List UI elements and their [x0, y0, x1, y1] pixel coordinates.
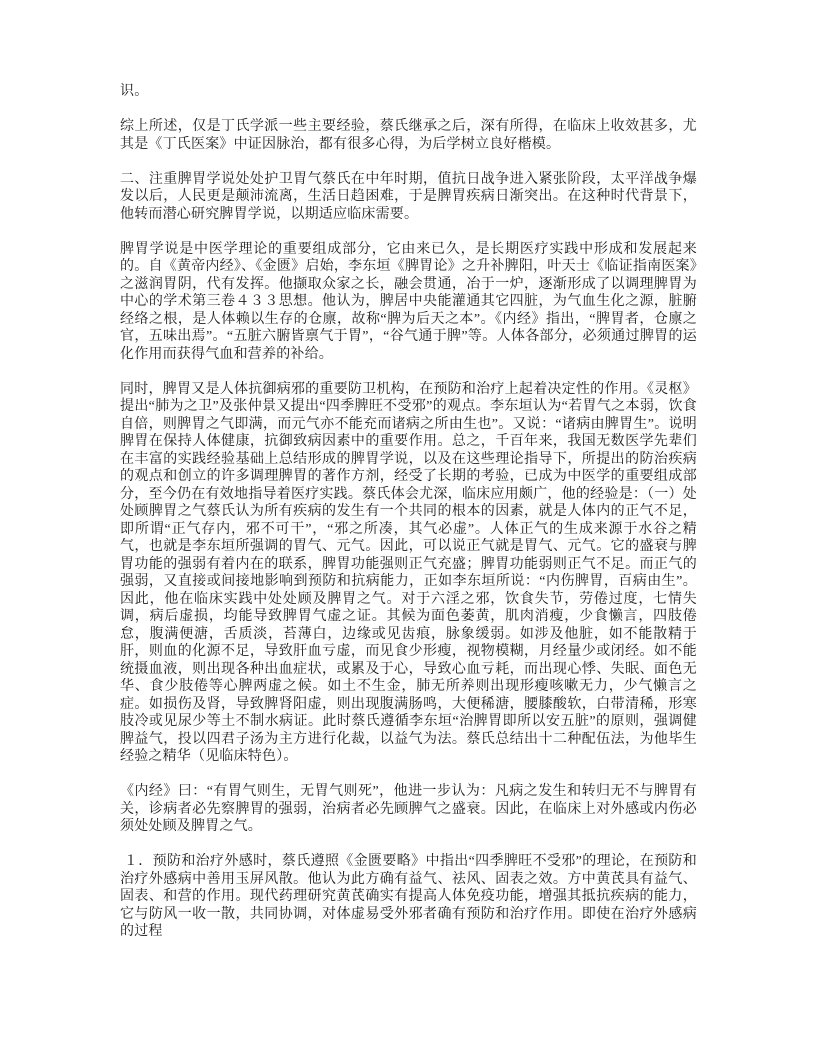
paragraph-summary: 综上所述，仅是丁氏学派一些主要经验，蔡氏继承之后，深有所得，在临床上收效甚多，尤…: [120, 118, 697, 153]
paragraph-section-heading-two: 二、注重脾胃学说处处护卫胃气蔡氏在中年时期，值抗日战争进入紧张阶段，太平洋战争爆…: [120, 171, 697, 224]
paragraph-item-one-external-illness: １．预防和治疗外感时，蔡氏遵照《金匮要略》中指出“四季脾旺不受邪”的理论，在预防…: [120, 853, 697, 941]
paragraph-spleen-stomach-theory-intro: 脾胃学说是中医学理论的重要组成部分，它由来已久，是长期医疗实践中形成和发展起来的…: [120, 241, 697, 364]
document-page: 识。 综上所述，仅是丁氏学派一些主要经验，蔡氏继承之后，深有所得，在临床上收效甚…: [0, 0, 816, 1056]
paragraph-defense-and-clinical-experience: 同时，脾胃又是人体抗御病邪的重要防卫机构，在预防和治疗上起着决定性的作用。《灵枢…: [120, 381, 697, 766]
paragraph-continuation-from-previous-page: 识。: [120, 83, 697, 101]
paragraph-neijing-quote: 《内经》曰：“有胃气则生，无胃气则死”，他进一步认为：凡病之发生和转归无不与脾胃…: [120, 783, 697, 836]
